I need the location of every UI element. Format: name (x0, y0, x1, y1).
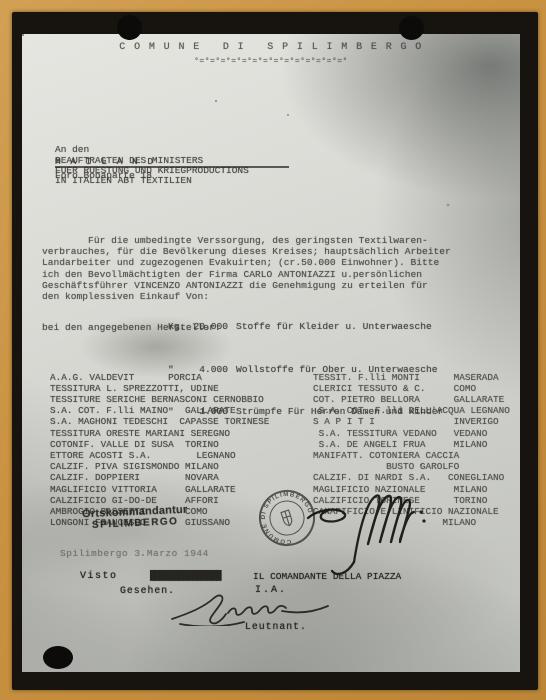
manufacturers-column-left: A.A.G. VALDEVIT PORCIATESSITURA L. SPREZ… (50, 338, 269, 528)
manufacturer-row: CALZIF. PIVA SIGISMONDO MILANO (50, 461, 269, 472)
gesehen-label: Gesehen. (120, 585, 175, 596)
manufacturer-row: CALZIF. DOPPIERI NOVARA (50, 472, 269, 483)
paragraph-line: Für die umbedingte Verssorgung, des geri… (42, 235, 451, 246)
manufacturer-row: COTONIF. VALLE DI SUSA TORINO (50, 439, 269, 450)
punch-hole-bottom (43, 646, 73, 669)
manufacturer-row: TESSITURA ORESTE MARIANI SEREGNO (50, 428, 269, 439)
punch-hole-top-left (117, 15, 142, 40)
document-title: C O M U N E D I S P I L I M B E R G O (22, 42, 520, 53)
crossed-out-text: ███████████████ (150, 570, 221, 581)
manufacturer-row: TESSIT. F.lli MONTI MASERADA (313, 372, 510, 383)
manufacturer-row: CLERICI TESSUTO & C. COMO (313, 383, 510, 394)
manufacturer-row: BUSTO GAROLFO (313, 461, 510, 472)
title-divider: °=°=°=°=°=°=°=°=°=°=°=°=°=°=° (22, 57, 520, 66)
stamp-crest (281, 510, 293, 527)
visto-label: Visto (80, 571, 118, 582)
manufacturer-row: MANIFATT. COTONIERA CACCIA (313, 450, 510, 461)
manufacturers-intro: bei den angegebenen Hersteller: (42, 322, 220, 333)
paragraph-line: Landarbeiter und zugezogenen Evakuirten;… (42, 257, 451, 268)
manufacturer-row: S.A. COT. F.lli MAINO GALLARATE (50, 405, 269, 416)
manufacturer-row: MAGLIFICIO VITTORIA GALLARATE (50, 484, 269, 495)
commander-title: IL COMANDANTE DELLA PIAZZA (253, 571, 401, 582)
manufacturer-row: COT. PIETRO BELLORA GALLARATE (313, 394, 510, 405)
document-photo: C O M U N E D I S P I L I M B E R G O °=… (22, 34, 520, 672)
city-underline (55, 166, 289, 168)
manufacturer-row: ETTORE ACOSTI S.A. LEGNANO (50, 450, 269, 461)
paragraph-line: verbrauches, für die Bevölkerung dieses … (42, 246, 451, 257)
date-line: Spilimbergo 3 Marzo 1944 (60, 548, 209, 559)
manufacturer-row: S.A. COT. F.lli DELL'ACQUA LEGNANO (313, 405, 510, 416)
manufacturer-row: S.A. MAGHONI TEDESCHI CAPASSE TORINESE (50, 416, 269, 427)
album-page: C O M U N E D I S P I L I M B E R G O °=… (0, 0, 546, 700)
signature-official (302, 482, 432, 577)
paper-specks (22, 34, 24, 36)
manufacturer-row: A.A.G. VALDEVIT PORCIA (50, 372, 269, 383)
manufacturer-row: TESSITURA L. SPREZZOTTI, UDINE (50, 383, 269, 394)
paragraph-line: ich den Bevollmächtigten der Firma CARLO… (42, 269, 451, 280)
manufacturer-row: S.A. TESSITURA VEDANO VEDANO (313, 428, 510, 439)
manufacturer-row: TESSITURE SERICHE BERNASCONI CERNOBBIO (50, 394, 269, 405)
manufacturer-row: S A P I T I INVERIGO (313, 416, 510, 427)
request-description: Stoffe für Kleider u. Unterwaesche (228, 321, 432, 332)
punch-hole-top-right (399, 16, 424, 40)
recipient-street: Foro Bonaparte 18 (55, 170, 152, 181)
rank-label: Leutnant. (245, 621, 307, 632)
manufacturer-row: S.A. DE ANGELI FRUA MILANO (313, 439, 510, 450)
